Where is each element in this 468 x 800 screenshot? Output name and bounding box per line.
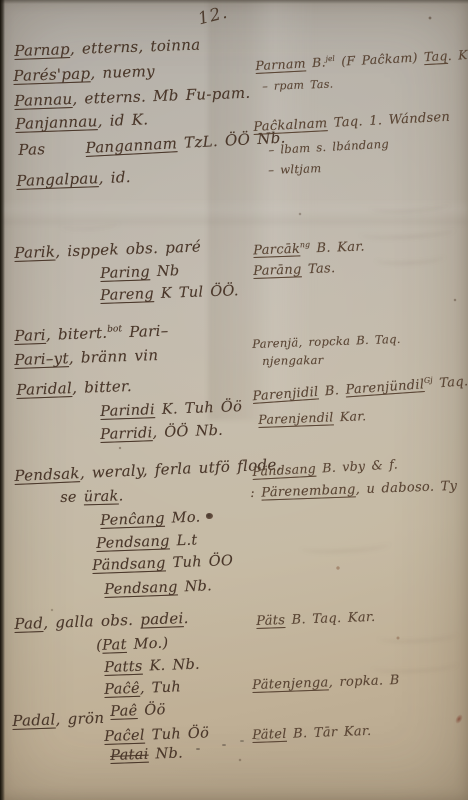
manuscript-line: se ürak.	[60, 488, 124, 506]
manuscript-word: jel	[325, 54, 335, 63]
manuscript-word: , nuemy	[90, 62, 155, 82]
manuscript-word: , ropka. B	[328, 673, 400, 690]
manuscript-word: Patts	[104, 659, 143, 676]
manuscript-word: Nb.	[177, 578, 212, 595]
manuscript-word: Öö	[137, 702, 166, 719]
bleed-through-mark	[300, 538, 391, 555]
manuscript-word: B.	[305, 54, 326, 70]
manuscript-photo: 12. Parnap, etterns, toinnaParés'pap, nu…	[0, 0, 468, 800]
manuscript-line: Pätenjenga, ropka. B	[252, 673, 400, 693]
manuscript-word: Patai	[110, 747, 149, 764]
manuscript-line: Pad, galla obs. padei.	[14, 609, 189, 633]
ink-fleck	[454, 713, 464, 725]
manuscript-line: Pas	[18, 140, 46, 159]
manuscript-word: Paring	[100, 264, 150, 282]
manuscript-word: Tuh Öö	[145, 725, 210, 743]
bleed-through-mark	[378, 628, 459, 644]
manuscript-page: 12. Parnap, etterns, toinnaParés'pap, nu…	[0, 0, 468, 800]
manuscript-word: Pat	[102, 637, 127, 654]
manuscript-word: Parés'pap	[13, 64, 91, 85]
manuscript-word: Pari	[14, 326, 46, 345]
manuscript-word: njengakar	[262, 353, 324, 368]
manuscript-word: Pangannam	[85, 134, 178, 157]
manuscript-word: Tuh ÖO	[165, 553, 233, 571]
pencil-marks	[196, 748, 200, 750]
manuscript-word: Parik	[14, 243, 56, 262]
manuscript-word: Parnam	[255, 56, 306, 74]
manuscript-word: , isppek obs. paré	[55, 237, 201, 260]
manuscript-line: Pendsang Nb.	[104, 578, 212, 598]
manuscript-word: , u daboso. Ty	[355, 479, 457, 498]
manuscript-word: .	[118, 488, 123, 504]
manuscript-word: K Tul ÖÖ.	[154, 283, 239, 302]
manuscript-line: Paring Nb	[100, 263, 180, 282]
manuscript-word: Taq. 1. Wándsen	[327, 110, 451, 131]
manuscript-word: Taq	[424, 48, 448, 64]
manuscript-word: , bitert.	[46, 324, 108, 344]
manuscript-word: Pätel	[252, 727, 287, 743]
manuscript-word: Pas	[18, 140, 46, 159]
manuscript-word: K. Tuh Öö	[155, 399, 243, 418]
manuscript-word: , bitter.	[72, 377, 132, 397]
manuscript-word: Parindi	[100, 402, 155, 420]
manuscript-word: Pareng	[100, 286, 154, 304]
manuscript-line: Päts B. Taq. Kar.	[256, 610, 376, 629]
manuscript-line: Patts K. Nb.	[104, 657, 200, 676]
manuscript-word: Padal	[12, 710, 56, 729]
manuscript-line: Paĉel Tuh Öö	[104, 725, 209, 745]
manuscript-word: B. Taq. Kar.	[285, 610, 376, 628]
manuscript-word: Kar.	[333, 408, 366, 424]
manuscript-line: Paridal, bitter.	[16, 377, 132, 399]
manuscript-word: ürak	[84, 488, 119, 505]
manuscript-word: , galla obs.	[43, 611, 141, 632]
manuscript-line: – wltjam	[268, 161, 322, 177]
manuscript-word: padei	[140, 609, 184, 629]
manuscript-line: Pangalpau, id.	[16, 168, 131, 190]
manuscript-line: Penĉang Mo.	[100, 510, 201, 529]
manuscript-word: , Tuh	[140, 679, 182, 696]
manuscript-word: , id K.	[97, 110, 148, 130]
manuscript-word: Parāng	[253, 262, 302, 279]
manuscript-word: Pari–yt	[14, 349, 69, 369]
photo-edge-top	[0, 0, 468, 4]
manuscript-word: – wltjam	[268, 161, 322, 177]
manuscript-line: Panjannau, id K.	[15, 110, 149, 133]
manuscript-word: Pärenembang	[261, 482, 356, 500]
manuscript-word: L.t	[169, 532, 197, 549]
manuscript-line: njengakar	[262, 353, 324, 368]
manuscript-word: Paĉê	[104, 681, 140, 698]
manuscript-word: Paĉel	[104, 728, 145, 745]
manuscript-word: Paê	[110, 703, 138, 720]
manuscript-word: Penĉang	[100, 511, 165, 529]
manuscript-word: Paridal	[16, 379, 72, 399]
manuscript-line: Pändsang Tuh ÖO	[92, 553, 233, 574]
manuscript-line: Pari–yt, bränn vin	[14, 346, 159, 369]
bleed-through-mark	[360, 224, 455, 241]
manuscript-line: Parenjendil Kar.	[258, 408, 367, 427]
manuscript-word: Parnap	[14, 40, 70, 60]
ink-blot	[206, 513, 213, 519]
manuscript-word: B. vby & f.	[316, 456, 399, 475]
manuscript-word: Taq.	[432, 374, 468, 391]
manuscript-word: Pätenjenga	[252, 675, 329, 693]
manuscript-line: Pari, bitert.bot Pari–	[14, 322, 169, 345]
manuscript-word: Pari–	[122, 322, 169, 342]
manuscript-word: – rpam Tas.	[262, 78, 334, 93]
manuscript-line: Parés'pap, nuemy	[13, 62, 155, 85]
manuscript-word: Pendsak	[14, 464, 80, 485]
manuscript-line: Patai Nb.	[110, 745, 183, 764]
manuscript-word: Parenjendil	[258, 409, 334, 427]
manuscript-word: , etterns, toinna	[70, 36, 201, 59]
manuscript-line: Padal, grön	[12, 709, 105, 730]
manuscript-word: Pändsang	[252, 461, 316, 479]
manuscript-word: , ÖÖ Nb.	[152, 423, 223, 441]
manuscript-word: Parridi	[100, 425, 153, 443]
manuscript-word: bot	[107, 324, 122, 335]
manuscript-line: Pendsak, weraly, ferla utfö flode,	[14, 455, 282, 485]
manuscript-word: Parcāk	[253, 242, 300, 259]
manuscript-word: Panjannau	[15, 112, 98, 133]
manuscript-line: Pendsang L.t	[96, 532, 198, 552]
manuscript-line: Parridi, ÖÖ Nb.	[100, 423, 223, 443]
manuscript-word: Mo.	[164, 510, 200, 527]
manuscript-word: Pendsang	[104, 579, 178, 598]
manuscript-word: , bränn vin	[68, 346, 158, 367]
manuscript-word: Pannau	[14, 90, 73, 110]
manuscript-word: Pangalpau	[16, 169, 99, 190]
manuscript-word: B. Kar.	[310, 239, 365, 256]
manuscript-word: se	[60, 489, 84, 506]
manuscript-line: Parik, isppek obs. paré	[14, 237, 201, 262]
bleed-through-mark	[375, 250, 446, 266]
manuscript-word: (F Paĉkam)	[335, 49, 425, 69]
manuscript-word: ng	[300, 240, 310, 249]
manuscript-word: Parenjündil	[345, 377, 425, 397]
manuscript-line: Paĉê, Tuh	[104, 679, 181, 698]
manuscript-line: : Pärenembang, u daboso. Ty	[250, 479, 458, 501]
manuscript-word: Nb	[150, 263, 180, 280]
manuscript-word: Pändsang	[92, 555, 166, 574]
manuscript-word: Nb.	[148, 745, 183, 762]
manuscript-word: Tas.	[301, 261, 335, 277]
photo-edge-left	[0, 0, 5, 800]
manuscript-line: – rpam Tas.	[262, 78, 334, 93]
manuscript-line: Pätel B. Tār Kar.	[252, 724, 372, 743]
manuscript-word: , id.	[98, 168, 131, 187]
manuscript-word: :	[250, 486, 262, 501]
manuscript-word: K. Nb.	[142, 657, 200, 675]
manuscript-line: Parnap, etterns, toinna	[14, 36, 201, 60]
manuscript-line: Parāng Tas.	[253, 261, 336, 279]
manuscript-word: . Kar.	[447, 46, 468, 63]
manuscript-word: B. Tār Kar.	[286, 724, 371, 742]
manuscript-word: Mo.)	[126, 635, 168, 652]
manuscript-word: .	[183, 609, 189, 627]
manuscript-line: Paê Öö	[110, 702, 166, 720]
manuscript-word: B.	[318, 383, 346, 400]
manuscript-word: , grön	[55, 709, 104, 729]
manuscript-line: (Pat Mo.)	[96, 635, 169, 654]
manuscript-line: Parcākng B. Kar.	[253, 238, 365, 258]
manuscript-word: Päts	[256, 613, 286, 629]
manuscript-word: Pendsang	[96, 533, 170, 552]
manuscript-word: Pad	[14, 614, 43, 633]
bleed-through-mark	[372, 658, 459, 674]
